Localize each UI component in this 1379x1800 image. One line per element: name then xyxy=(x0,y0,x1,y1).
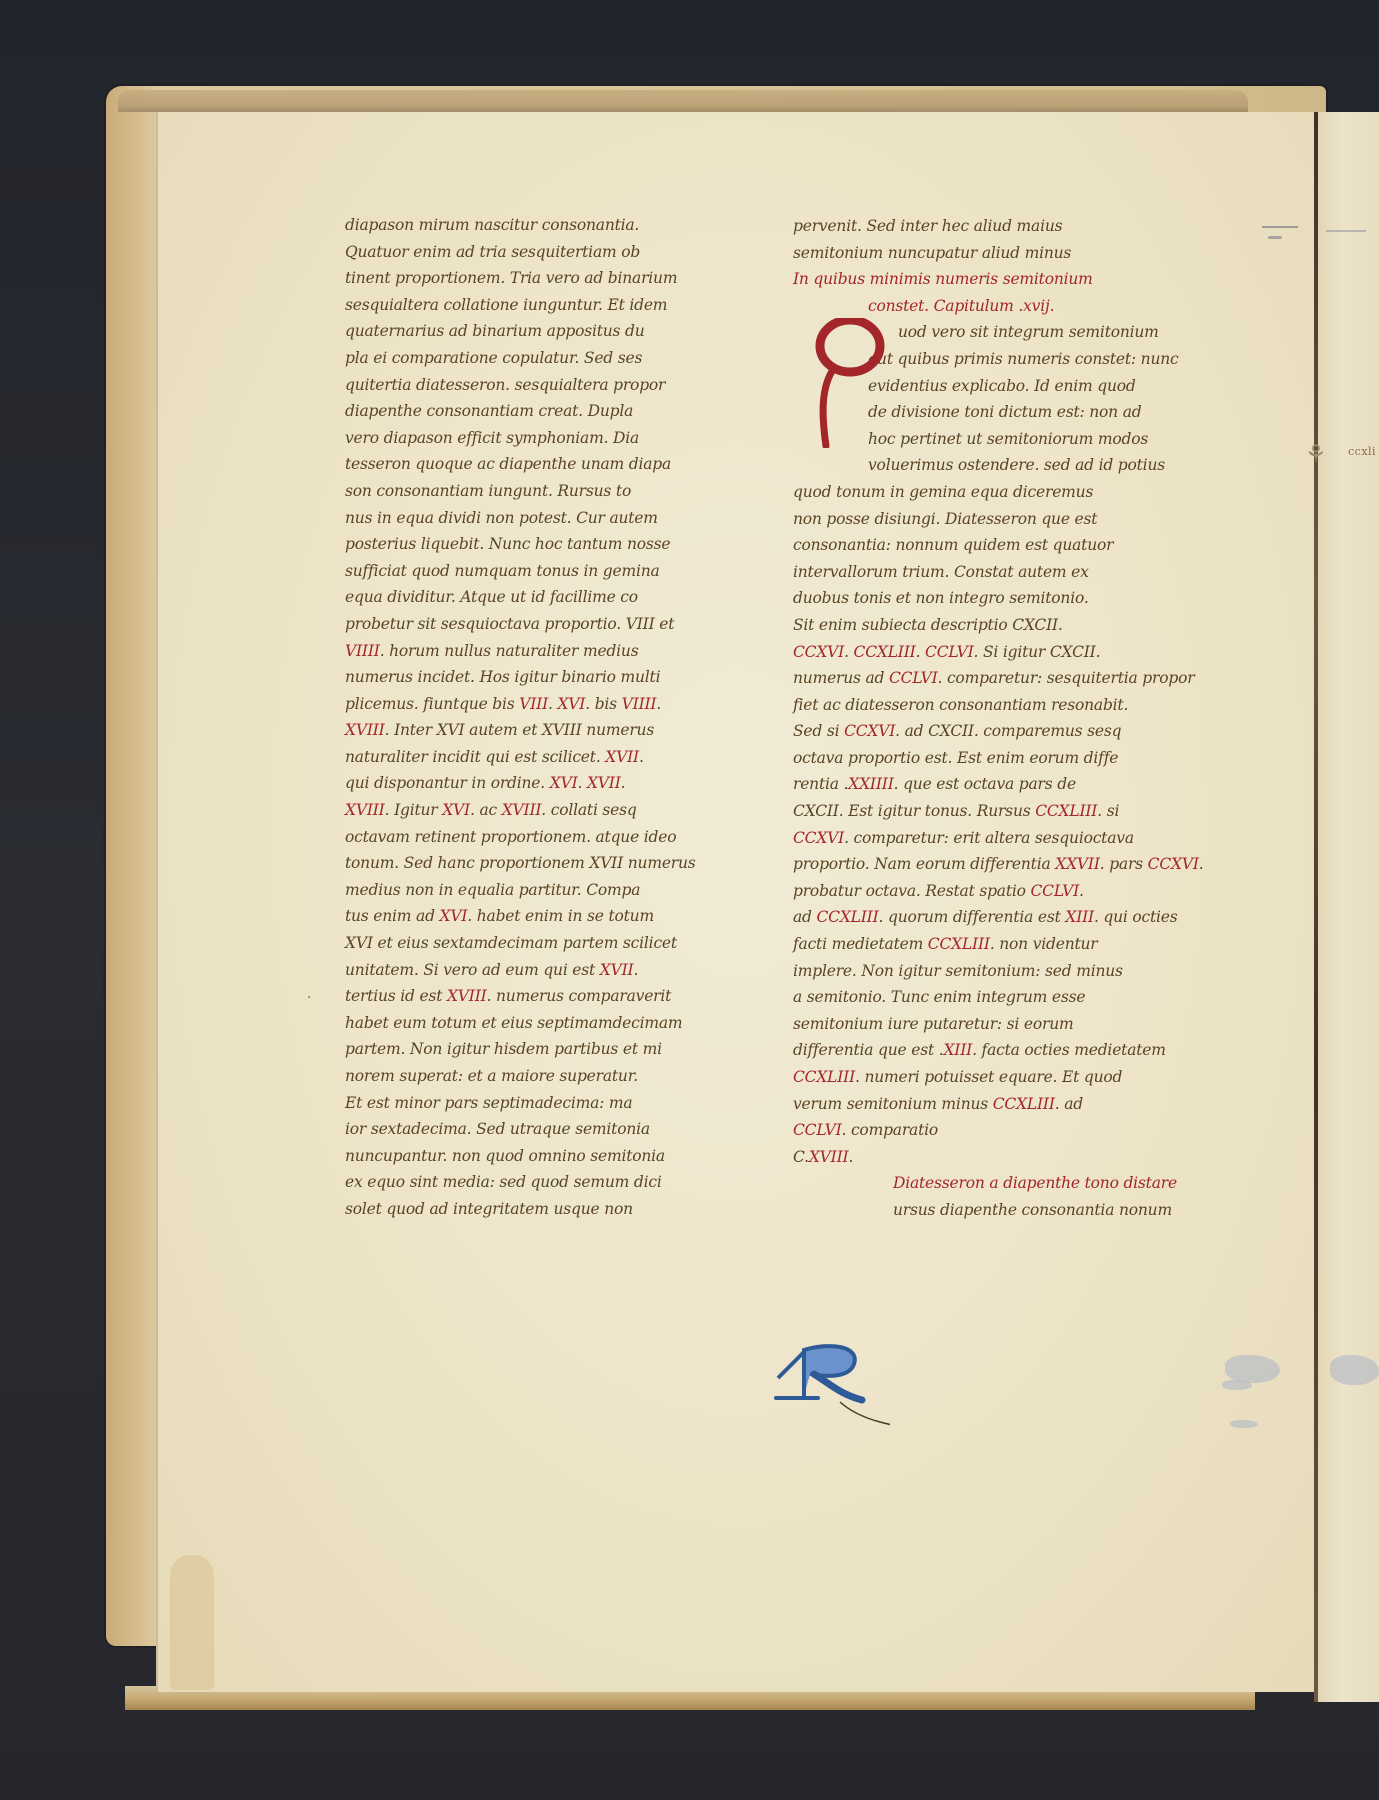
text-line: tinent proportionem. Tria vero ad binari… xyxy=(345,265,735,292)
text-line: octava proportio est. Est enim eorum dif… xyxy=(793,745,1223,772)
text-line: rentia .XXIIII. que est octava pars de xyxy=(793,771,1223,798)
text-line: non posse disiungi. Diatesseron que est xyxy=(793,506,1223,533)
text-line: probetur sit sesquioctava proportio. VII… xyxy=(345,611,735,638)
chapter-heading: In quibus minimis numeris semitonium xyxy=(793,266,1223,293)
facing-page-margin-note: ccxli xyxy=(1348,445,1376,458)
text-line: vero diapason efficit symphoniam. Dia xyxy=(345,425,735,452)
text-line: CCXVI. comparetur: erit altera sesquioct… xyxy=(793,825,1223,852)
text-line: posterius liquebit. Nunc hoc tantum noss… xyxy=(345,531,735,558)
text-line: quaternarius ad binarium appositus du xyxy=(345,318,735,345)
text-line: ad CCXLIII. quorum differentia est XIII.… xyxy=(793,904,1223,931)
text-line: sesquialtera collatione iunguntur. Et id… xyxy=(345,292,735,319)
ink-smudge xyxy=(1230,1420,1258,1428)
text-line: partem. Non igitur hisdem partibus et mi xyxy=(345,1036,735,1063)
ink-smudge-facing xyxy=(1330,1355,1379,1385)
margin-tick-mark: · xyxy=(307,990,311,1006)
ink-smudge xyxy=(1222,1380,1252,1390)
facing-page-edge xyxy=(1318,112,1379,1702)
text-line: tertius id est XVIII. numerus comparaver… xyxy=(345,983,735,1010)
chapter-heading-cont: constet. Capitulum .xvij. xyxy=(793,293,1223,320)
margin-pen-mark-small xyxy=(1268,236,1282,239)
text-line: ior sextadecima. Sed utraque semitonia xyxy=(345,1116,735,1143)
text-line: ex equo sint media: sed quod semum dici xyxy=(345,1169,735,1196)
text-line: tus enim ad XVI. habet enim in se totum xyxy=(345,903,735,930)
text-line: unitatem. Si vero ad eum qui est XVII. xyxy=(345,957,735,984)
text-line: facti medietatem CCXLIII. non videntur xyxy=(793,931,1223,958)
text-line: verum semitonium minus CCXLIII. ad xyxy=(793,1091,1223,1118)
text-line: differentia que est .XIII. facta octies … xyxy=(793,1037,1223,1064)
text-line: XVIII. Inter XVI autem et XVIII numerus xyxy=(345,717,735,744)
text-line: sufficiat quod numquam tonus in gemina xyxy=(345,558,735,585)
binding-top-edge xyxy=(118,90,1248,112)
text-line: diapenthe consonantiam creat. Dupla xyxy=(345,398,735,425)
gutter-thread-knot-icon: ⚘ xyxy=(1305,440,1327,468)
text-line: quitertia diatesseron. sesquialtera prop… xyxy=(345,372,735,399)
text-line: XVIII. Igitur XVI. ac XVIII. collati ses… xyxy=(345,797,735,824)
text-line: fiet ac diatesseron consonantiam resonab… xyxy=(793,692,1223,719)
text-line: plicemus. fiuntque bis VIII. XVI. bis VI… xyxy=(345,691,735,718)
text-line: CCXLIII. numeri potuisset equare. Et quo… xyxy=(793,1064,1223,1091)
text-line: son consonantiam iungunt. Rursus to xyxy=(345,478,735,505)
decorated-initial-q xyxy=(812,318,892,448)
text-line: qui disponantur in ordine. XVI. XVII. xyxy=(345,770,735,797)
text-line: VIIII. horum nullus naturaliter medius xyxy=(345,638,735,665)
text-line: pla ei comparatione copulatur. Sed ses xyxy=(345,345,735,372)
text-line: CXCII. Est igitur tonus. Rursus CCXLIII.… xyxy=(793,798,1223,825)
text-line: naturaliter incidit qui est scilicet. XV… xyxy=(345,744,735,771)
text-line: CCXVI. CCXLIII. CCLVI. Si igitur CXCII. xyxy=(793,639,1223,666)
text-line: consonantia: nonnum quidem est quatuor xyxy=(793,532,1223,559)
text-line: duobus tonis et non integro semitonio. xyxy=(793,585,1223,612)
text-line: numerus ad CCLVI. comparetur: sesquitert… xyxy=(793,665,1223,692)
text-line: voluerimus ostendere. sed ad id potius xyxy=(793,452,1223,479)
text-line: diapason mirum nascitur consonantia. xyxy=(345,212,735,239)
text-line: a semitonio. Tunc enim integrum esse xyxy=(793,984,1223,1011)
text-line: norem superat: et a maiore superatur. xyxy=(345,1063,735,1090)
text-line: XVI et eius sextamdecimam partem scilice… xyxy=(345,930,735,957)
text-line: Sit enim subiecta descriptio CXCII. xyxy=(793,612,1223,639)
text-line: equa dividitur. Atque ut id facillime co xyxy=(345,584,735,611)
ink-smudge xyxy=(1225,1355,1280,1383)
chapter-heading-next: Diatesseron a diapenthe tono distare xyxy=(793,1170,1223,1197)
text-line: octavam retinent proportionem. atque ide… xyxy=(345,824,735,851)
text-line: tonum. Sed hanc proportionem XVII numeru… xyxy=(345,850,735,877)
text-line: Quatuor enim ad tria sesquitertiam ob xyxy=(345,239,735,266)
text-line: habet eum totum et eius septimamdecimam xyxy=(345,1010,735,1037)
text-column-left: diapason mirum nascitur consonantia.Quat… xyxy=(345,212,735,1223)
text-line: CCLVI. comparatio xyxy=(793,1117,1223,1144)
text-line: semitonium nuncupatur aliud minus xyxy=(793,240,1223,267)
text-line: proportio. Nam eorum differentia XXVII. … xyxy=(793,851,1223,878)
text-line: semitonium iure putaretur: si eorum xyxy=(793,1011,1223,1038)
water-stain xyxy=(170,1555,214,1690)
margin-pen-mark xyxy=(1262,226,1298,228)
text-line: tesseron quoque ac diapenthe unam diapa xyxy=(345,451,735,478)
text-line: solet quod ad integritatem usque non xyxy=(345,1196,735,1223)
facing-page-rule xyxy=(1326,230,1366,232)
text-line: implere. Non igitur semitonium: sed minu… xyxy=(793,958,1223,985)
text-line: numerus incidet. Hos igitur binario mult… xyxy=(345,664,735,691)
text-line: pervenit. Sed inter hec aliud maius xyxy=(793,213,1223,240)
text-line: Et est minor pars septimadecima: ma xyxy=(345,1090,735,1117)
text-line-last: ursus diapenthe consonantia nonum xyxy=(793,1197,1223,1224)
text-line: quod tonum in gemina equa diceremus xyxy=(793,479,1223,506)
text-line: nus in equa dividi non potest. Cur autem xyxy=(345,505,735,532)
closing-line: C.XVIII. xyxy=(793,1144,1223,1171)
text-line: nuncupantur. non quod omnino semitonia xyxy=(345,1143,735,1170)
text-line: Sed si CCXVI. ad CXCII. comparemus sesq xyxy=(793,718,1223,745)
decorated-initial-r xyxy=(770,1338,890,1438)
text-line: intervallorum trium. Constat autem ex xyxy=(793,559,1223,586)
text-line: probatur octava. Restat spatio CCLVI. xyxy=(793,878,1223,905)
text-line: medius non in equalia partitur. Compa xyxy=(345,877,735,904)
